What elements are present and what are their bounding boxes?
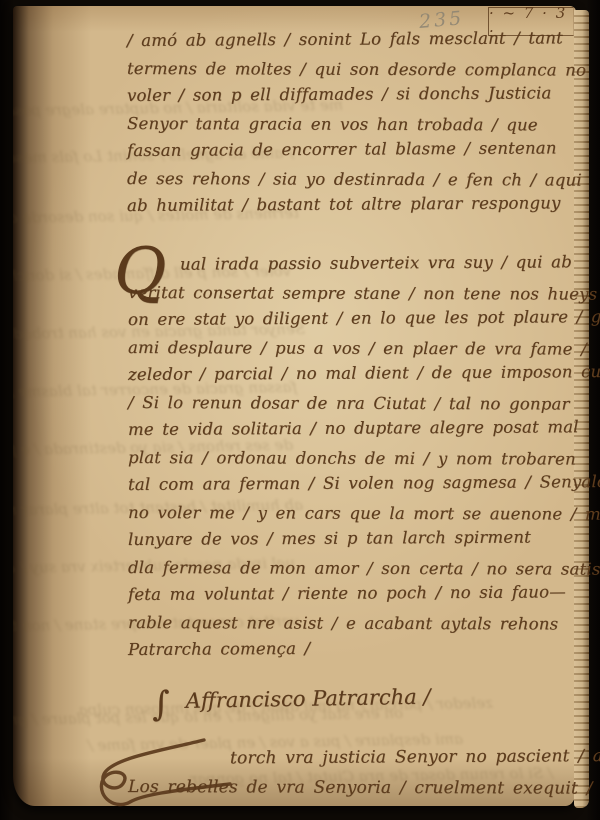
manuscript-line: feta ma voluntat / riente no poch / no s…	[128, 578, 580, 608]
paragraph-mark-icon: ∫	[152, 684, 170, 724]
manuscript-line: ab humilitat / bastant tot altre plarar …	[127, 189, 579, 219]
section-heading: ∫Affrancisco Patrarcha /	[152, 680, 431, 725]
manuscript-line: fassan gracia de encorrer tal blasme / s…	[127, 134, 579, 164]
paragraph-one: / amó ab agnells / sonint Lo fals mescla…	[127, 27, 579, 220]
manuscript-line: / amó ab agnells / sonint Lo fals mescla…	[127, 24, 579, 54]
manuscript-line: Los rebelles de vra Senyoria / cruelment…	[128, 773, 588, 803]
manuscript-line: on ere stat yo diligent / en lo que les …	[128, 303, 580, 333]
paragraph-two: ual irada passio subverteix vra suy / qu…	[128, 251, 580, 664]
manuscript-line: voler / son p ell diffamades / si donchs…	[127, 79, 579, 109]
manuscript-line: torch vra justicia Senyor no pascient / …	[128, 742, 588, 773]
manuscript-line: lunyare de vos / mes si p tan larch spir…	[128, 523, 580, 553]
closing-paragraph: torch vra justicia Senyor no pascient / …	[128, 745, 588, 801]
section-heading-text: Affrancisco Patrarcha /	[185, 685, 430, 713]
manuscript-line: me te vida solitaria / no duptare alegre…	[128, 413, 580, 443]
manuscript-line: Patrarcha comença /	[128, 633, 580, 663]
manuscript-line: tal com ara ferman / Si volen nog sagmes…	[128, 468, 580, 498]
manuscript-photo: / amó ab agnells / sonint Lo fals mescla…	[0, 0, 600, 820]
manuscript-line: ual irada passio subverteix vra suy / qu…	[128, 248, 580, 278]
manuscript-line: zeledor / parcial / no mal dient / de qu…	[128, 358, 580, 388]
